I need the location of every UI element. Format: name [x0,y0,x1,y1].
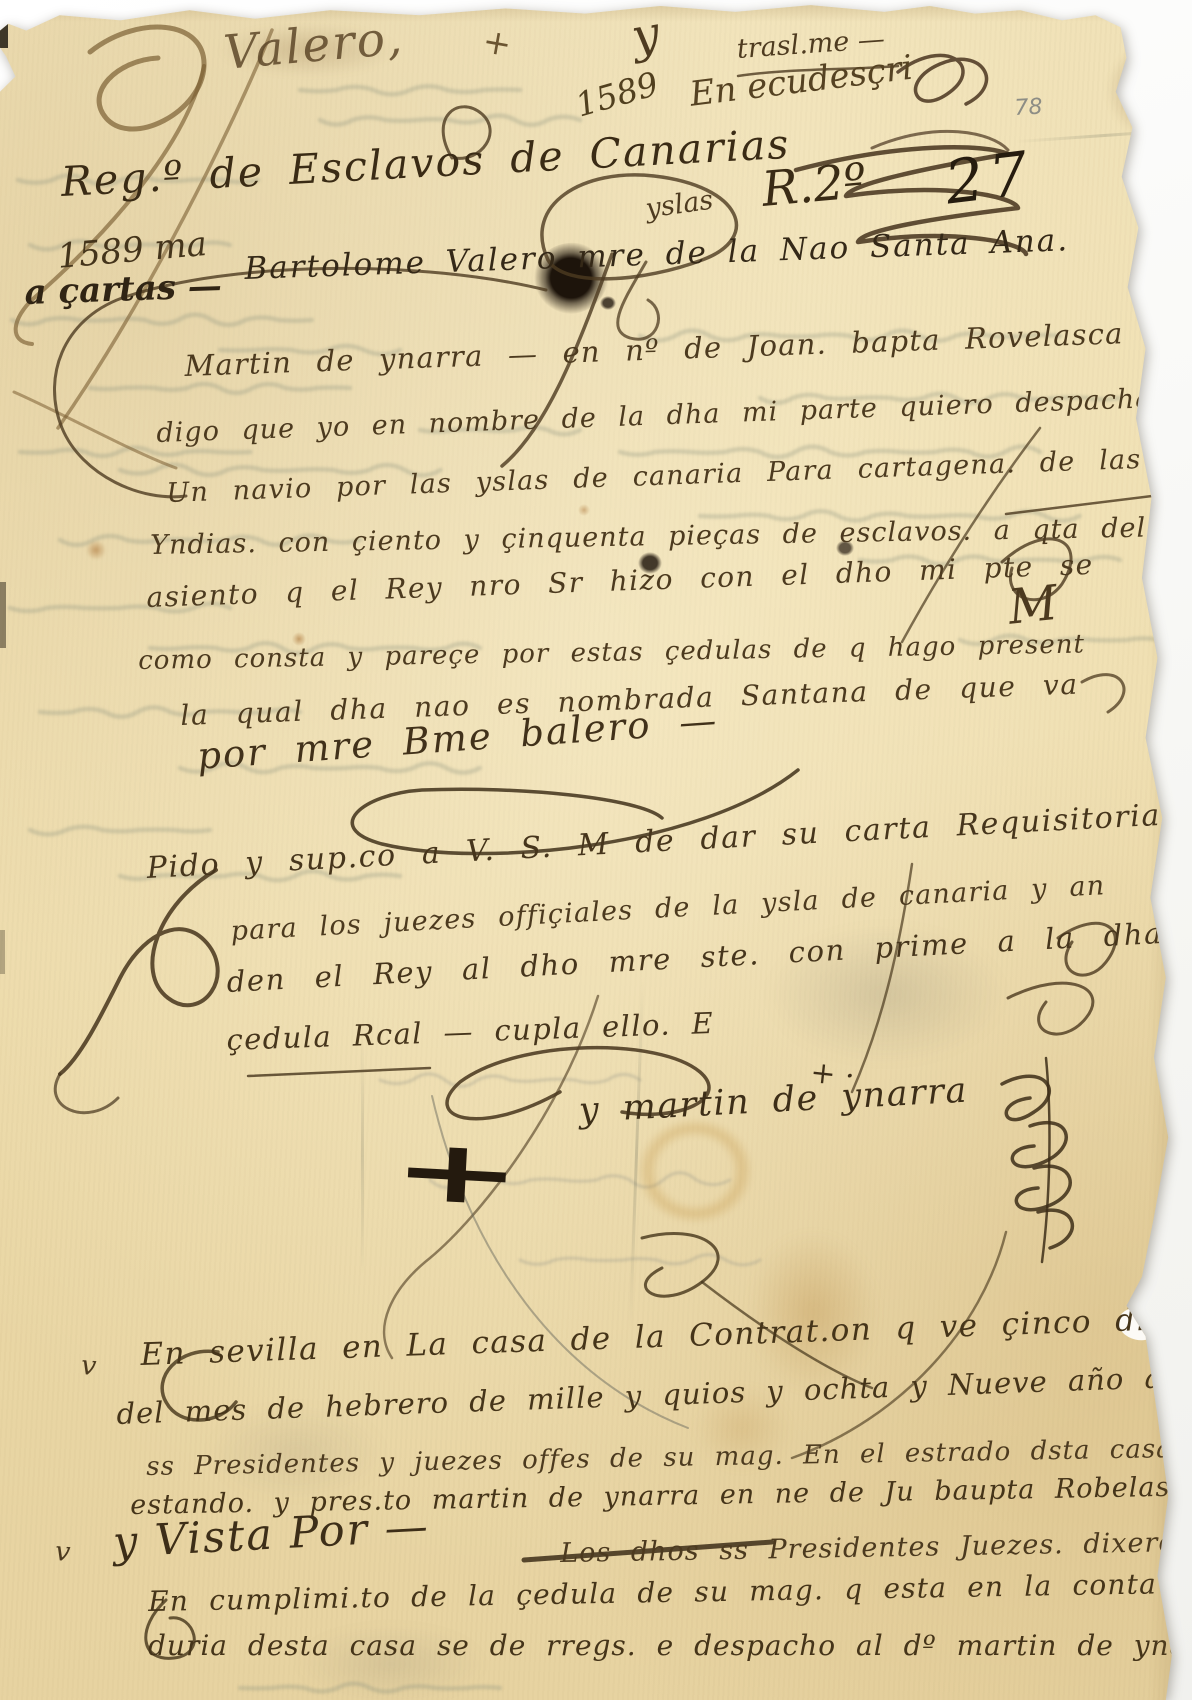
rubric-flourish [90,27,204,129]
bleedthrough-script [90,384,350,393]
ink-flourish [738,66,898,76]
bleedthrough-script [180,763,480,773]
petition-request-line-2: para los juezes offiçiales de la ysla de… [230,872,1106,945]
rubric-flourish [14,392,176,468]
edge-mark [0,582,6,648]
stain [630,1112,760,1230]
paper-sheet: Valero,+ytrasl.me —1589En ecudesçri78Reg… [0,0,1192,1700]
stain [218,24,398,76]
edge-mark [0,930,5,974]
top-annotations-cross-mark: + [480,24,514,62]
acta-margin-mark-2: v [54,1538,71,1566]
edge-mark [0,0,8,48]
stain [748,1232,878,1392]
petition-request-line-1: Pido y sup.co a V. S. M de dar su carta … [146,801,1162,884]
ink-flourish [702,1282,872,1388]
stain [86,540,106,560]
ink-flourish [60,870,218,1074]
heading-file-number: 27 [942,143,1037,213]
stain [1144,64,1190,110]
acta-line-5b: Los dhos ss Presidentes Juezes. dixeron [560,1529,1192,1567]
acta-line-4: estando. y pres.to martin de ynarra en n… [130,1473,1192,1519]
acta-line-5a: y Vista Por — [112,1505,431,1565]
heading-cartas-note: a çartas — [24,269,222,310]
ink-flourish [55,1074,118,1113]
stain [1106,40,1192,142]
ink-flourish [898,55,986,104]
crease-line [629,978,644,1330]
bleedthrough-script [380,1074,640,1086]
bleedthrough-script [860,557,1120,565]
petition-body-line-8: por mre Bme balero — [196,702,719,775]
ink-flourish [872,131,1008,150]
manuscript-text-layer: Valero,+ytrasl.me —1589En ecudesçri78Reg… [0,0,1192,1700]
rubric-flourish [58,30,272,428]
ink-flourish [502,254,612,466]
top-annotations-y-mark: y [628,9,663,61]
paper-chip [1115,1304,1163,1344]
ink-blot [525,232,618,323]
ink-flourish [792,1232,1006,1458]
bleedthrough-script [960,636,1160,644]
bleedthrough-script [150,643,480,653]
ink-blot [836,540,854,556]
petition-body-line-2: digo que yo en nombre de la dha mi parte… [156,383,1192,447]
petition-body-line-3: Un navio por las yslas de canaria Para c… [166,446,1142,507]
ink-flourish-layer [0,0,1192,1700]
bleedthrough-script [30,241,230,249]
bleedthrough-script [20,448,250,456]
acta-line-6: En cumplimi.to de la çedula de su mag. q… [148,1570,1157,1616]
bleedthrough-script [520,1255,760,1265]
bleedthrough-script [760,394,1120,403]
petition-body-line-5: asiento q el Rey nro Sr hizo con el dho … [146,551,1094,612]
stain [766,924,1006,1064]
ink-flourish [352,770,798,854]
bleedthrough-script [220,346,400,354]
stain [578,504,590,516]
bleedthrough-script [120,465,440,476]
rubric-flourish [16,66,204,344]
petition-body-line-7: la qual dha nao es nombrada Santana de q… [180,671,1079,730]
bleedthrough-layer [0,0,1192,1700]
top-annotations-folio-number-pencil: 78 [1014,97,1043,120]
ink-flourish [443,107,490,159]
ink-flourish [852,864,912,1092]
pencil-curve [432,1096,688,1428]
ink-flourish [1082,675,1124,712]
ink-flourish [902,428,1040,642]
ink-flourish [1008,983,1093,1034]
bleedthrough-script [240,1684,500,1692]
stain [206,1404,386,1500]
acta-line-7: duria desta casa se de rregs. e despacho… [148,1632,1192,1660]
acta-line-2: del mes de hebrero de mille y quios y oc… [116,1359,1192,1429]
acta-line-1: En sevilla en La casa de la Contrat.on q… [140,1303,1188,1371]
stain [292,632,306,646]
crease-line [361,1038,364,1274]
ink-flourish [1006,496,1152,514]
top-annotations-valero-note: Valero, [222,14,406,77]
stain-layer [0,0,1192,1700]
petition-body-line-4: Yndias. con çiento y çinquenta pieças de… [150,515,1146,559]
petition-body-line-6-m: M [1006,579,1060,632]
bleedthrough-script [10,604,230,612]
crease-line [1016,128,1192,143]
signature-cross-large: + [389,1126,524,1219]
heading-yslas-note: yslas [644,187,715,223]
bleedthrough-script [620,447,1040,458]
ink-flourish [146,1600,194,1658]
bleedthrough-script [12,315,312,325]
ink-flourish [542,175,736,279]
heading-registry-code: R.2º [760,157,868,214]
petition-body-line-6: como consta y pareçe por estas çedulas d… [138,631,1085,674]
bleedthrough-script [300,86,520,94]
bleedthrough-script [430,1173,730,1188]
bleedthrough-script [320,116,580,125]
acta-line-3: ss Presidentes y juezes offes de su mag.… [146,1435,1192,1480]
ink-flourish [618,262,659,339]
heading-year-margin: 1589 ma [56,227,208,274]
top-annotations-year-note: 1589 [572,67,662,122]
top-annotations-traslado-note: trasl.me — [736,26,886,63]
bleedthrough-script [120,871,400,880]
signature-rubric [1002,1076,1072,1248]
signature-name: y martin de ynarra [578,1074,969,1129]
ink-flourish [524,1542,772,1560]
ink-flourish [642,1234,718,1297]
bleedthrough-script [60,536,360,545]
bleedthrough-script [40,707,300,716]
ink-flourish [55,268,547,496]
petition-request-line-4: çedula Rcal — cupla ello. E [226,1009,715,1055]
ink-flourish [1002,539,1071,600]
heading-address-line: Bartolome Valero mre de la Nao Santa Ana… [244,225,1070,285]
petition-request-line-3: den el Rey al dho mre ste. con prime a l… [226,919,1164,997]
ink-flourish [447,1048,709,1119]
stain [694,1386,790,1470]
ink-blot [638,552,662,574]
signature-cross-small: + · [809,1058,856,1092]
ink-flourish [384,996,598,1358]
paper-surface: Valero,+ytrasl.me —1589En ecudesçri78Reg… [0,0,1192,1700]
bleedthrough-script [640,331,1060,341]
scan-background: Valero,+ytrasl.me —1589En ecudesçri78Reg… [0,0,1192,1700]
acta-margin-mark-1: v [80,1352,97,1380]
petition-body-line-1: Martin de ynarra — en nº de Joan. bapta … [184,319,1124,381]
ink-flourish [796,147,1026,254]
ink-flourish [162,1351,236,1420]
bleedthrough-script [18,175,258,184]
bleedthrough-script [30,827,210,835]
stain [296,1626,486,1700]
bleedthrough-script [700,511,1080,521]
ink-blot [600,296,616,310]
ink-flourish [1058,923,1115,975]
ink-flourish [248,1068,430,1076]
signature-rubric [1042,1058,1049,1262]
top-annotations-despacho-note: En ecudesçri [688,51,915,112]
bleedthrough-script [420,427,580,434]
heading-registry-title: Reg.º de Esclavos de Canarias [60,124,791,203]
